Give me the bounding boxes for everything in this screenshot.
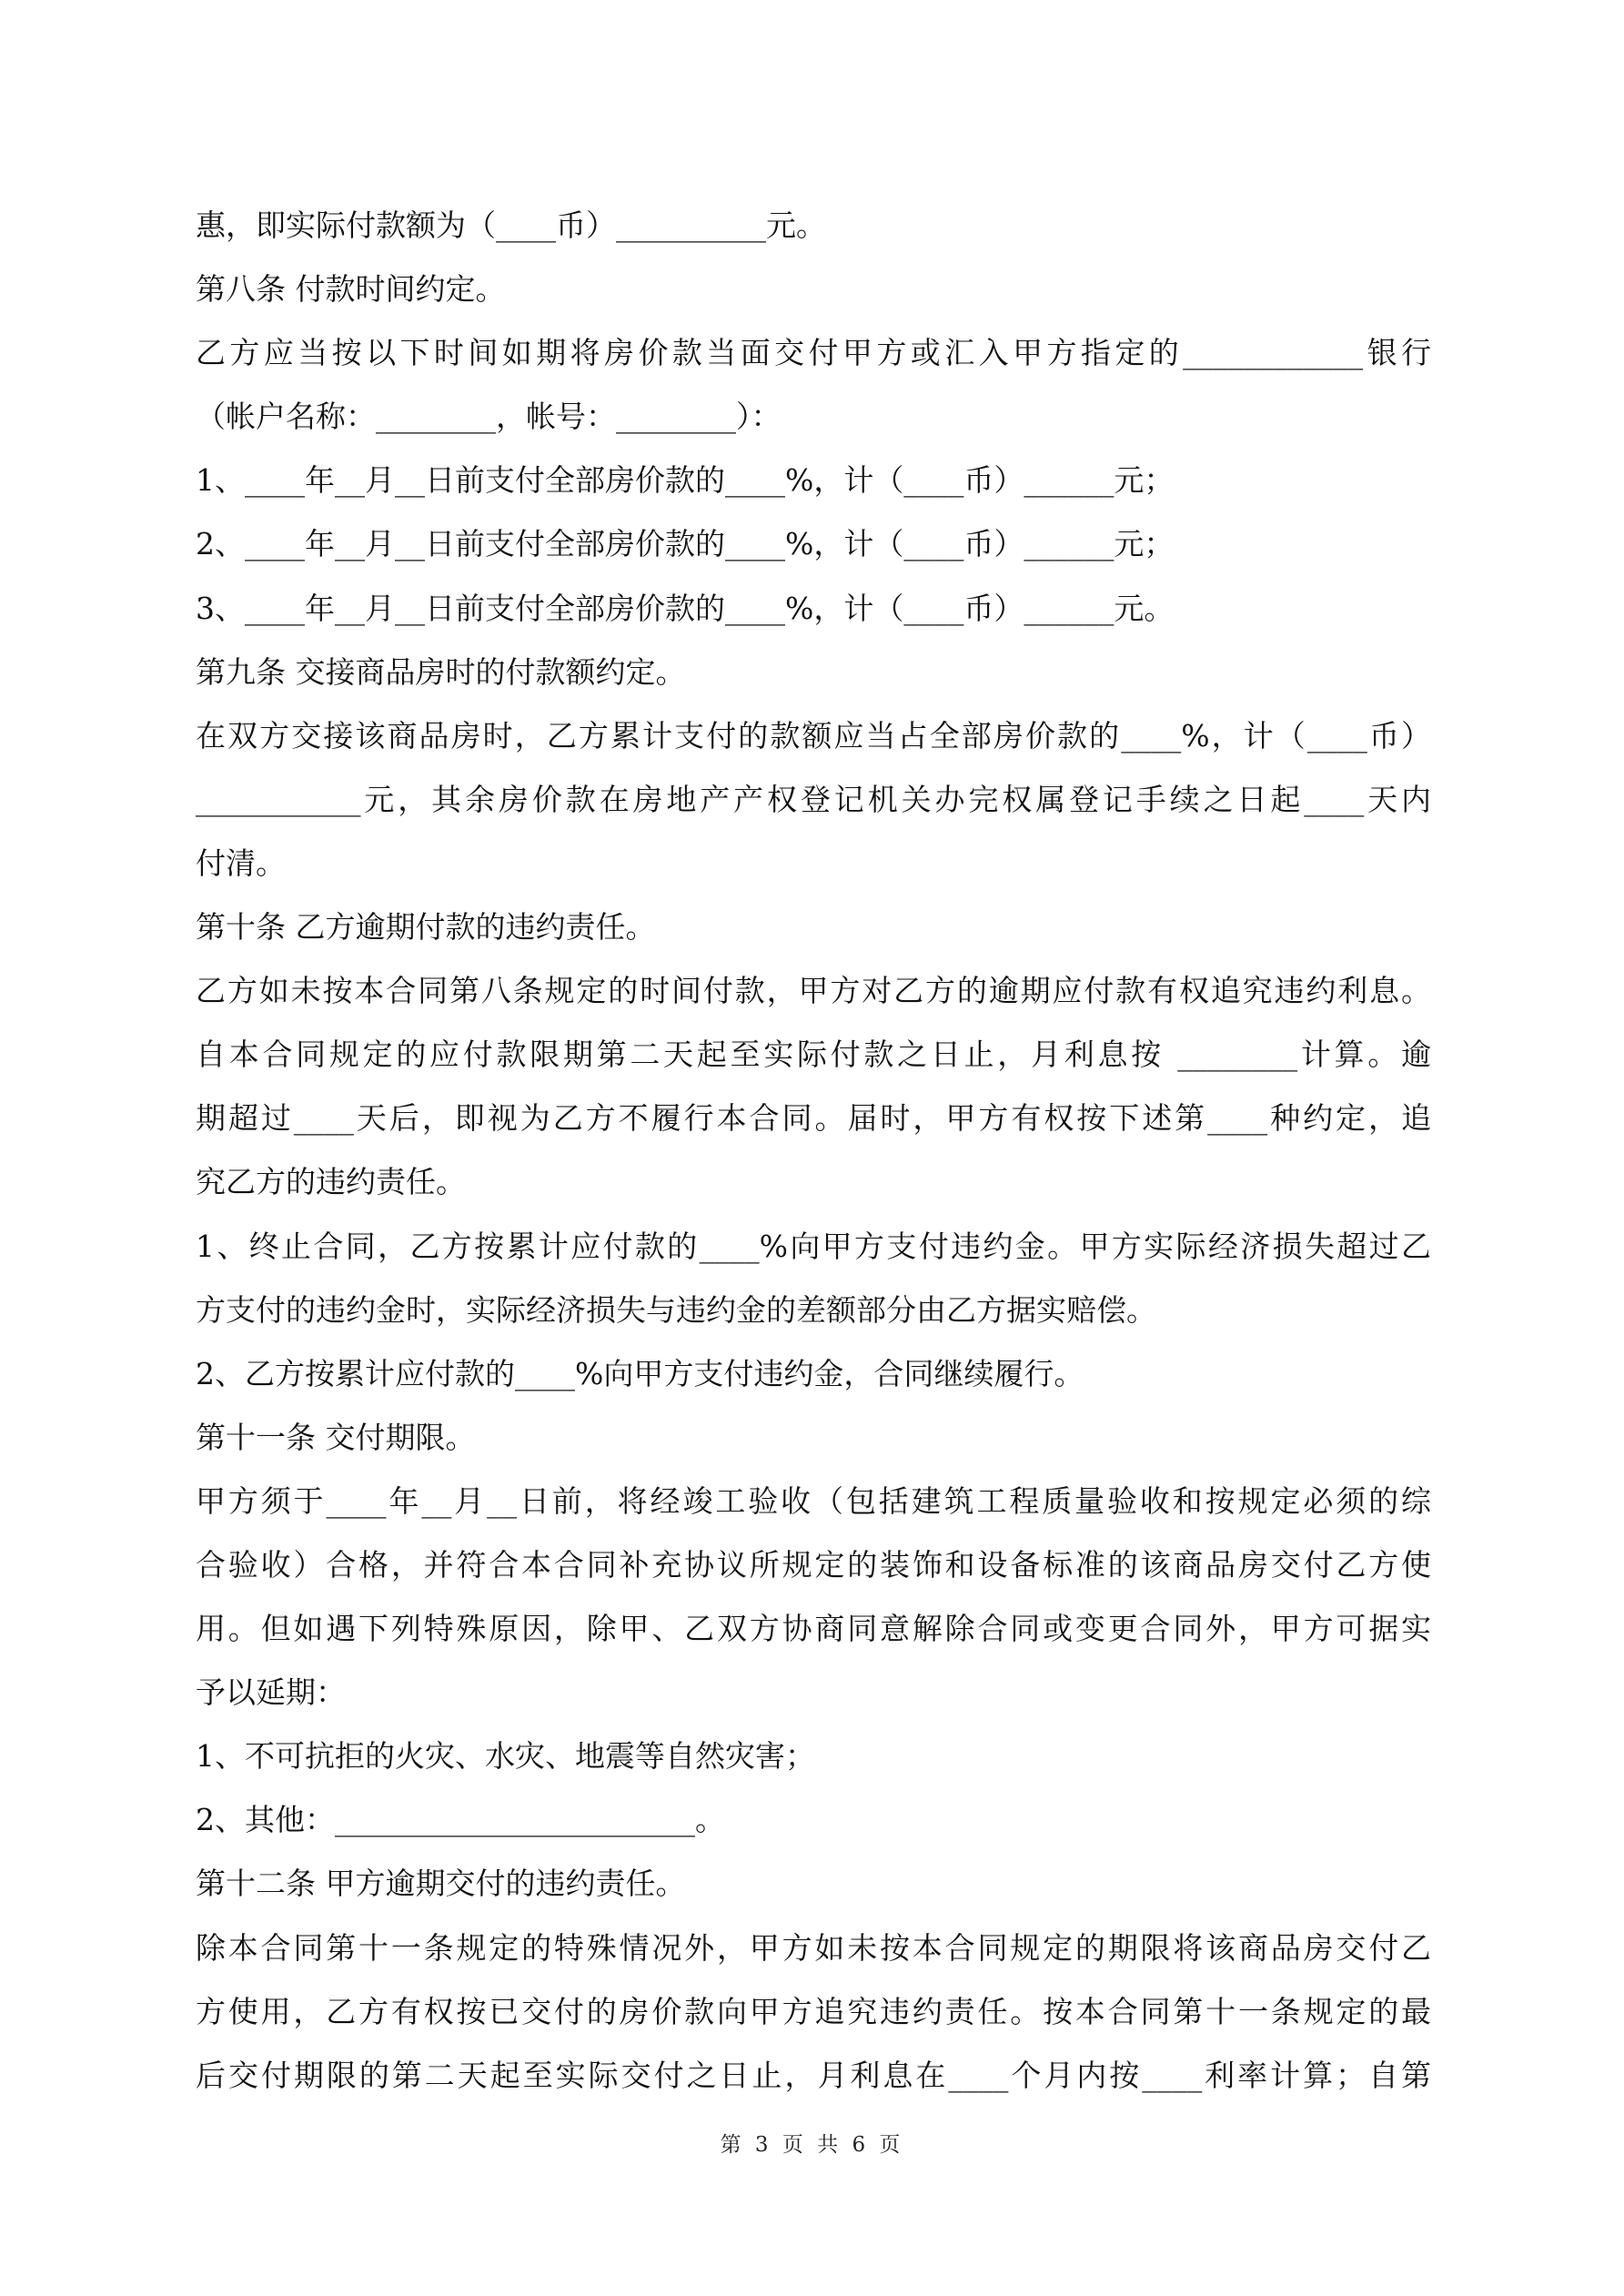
text-line: 2、乙方按累计应付款的____%向甲方支付违约金，合同继续履行。 [196, 1350, 1431, 1414]
text-line: 甲方须于____年__月__日前，将经竣工验收（包括建筑工程质量验收和按规定必须… [196, 1478, 1431, 1542]
text-line: 1、____年__月__日前支付全部房价款的____%，计（____币）____… [196, 457, 1431, 521]
text-line: 合验收）合格，并符合本合同补充协议所规定的装饰和设备标准的该商品房交付乙方使 [196, 1542, 1431, 1605]
text-line: ___________元，其余房价款在房地产产权登记机关办完权属登记手续之日起_… [196, 776, 1431, 840]
text-line: 乙方应当按以下时间如期将房价款当面交付甲方或汇入甲方指定的___________… [196, 329, 1431, 393]
text-line: 1、终止合同，乙方按累计应付款的____%向甲方支付违约金。甲方实际经济损失超过… [196, 1223, 1431, 1287]
text-line: 付清。 [196, 840, 1431, 904]
document-page: 惠，即实际付款额为（____币）__________元。第八条 付款时间约定。乙… [0, 0, 1624, 2296]
page-footer: 第 3 页 共 6 页 [0, 2128, 1624, 2158]
text-line: 1、不可抗拒的火灾、水灾、地震等自然灾害； [196, 1733, 1431, 1796]
text-line: 在双方交接该商品房时，乙方累计支付的款额应当占全部房价款的____%，计（___… [196, 713, 1431, 776]
text-line: （帐户名称：________，帐号：________）： [196, 393, 1431, 457]
text-line: 2、其他：________________________。 [196, 1796, 1431, 1860]
text-line: 后交付期限的第二天起至实际交付之日止，月利息在____个月内按____利率计算；… [196, 2052, 1431, 2116]
text-line: 自本合同规定的应付款限期第二天起至实际付款之日止，月利息按 ________计算… [196, 1031, 1431, 1095]
text-line: 惠，即实际付款额为（____币）__________元。 [196, 202, 1431, 266]
text-line: 第九条 交接商品房时的付款额约定。 [196, 649, 1431, 713]
text-line: 除本合同第十一条规定的特殊情况外，甲方如未按本合同规定的期限将该商品房交付乙 [196, 1925, 1431, 1988]
text-line: 第十条 乙方逾期付款的违约责任。 [196, 904, 1431, 967]
contract-body: 惠，即实际付款额为（____币）__________元。第八条 付款时间约定。乙… [196, 202, 1431, 2116]
text-line: 方使用，乙方有权按已交付的房价款向甲方追究违约责任。按本合同第十一条规定的最 [196, 1988, 1431, 2052]
text-line: 第十二条 甲方逾期交付的违约责任。 [196, 1860, 1431, 1924]
text-line: 3、____年__月__日前支付全部房价款的____%，计（____币）____… [196, 585, 1431, 649]
text-line: 究乙方的违约责任。 [196, 1158, 1431, 1222]
text-line: 第十一条 交付期限。 [196, 1414, 1431, 1478]
text-line: 方支付的违约金时，实际经济损失与违约金的差额部分由乙方据实赔偿。 [196, 1287, 1431, 1350]
text-line: 第八条 付款时间约定。 [196, 266, 1431, 329]
text-line: 期超过____天后，即视为乙方不履行本合同。届时，甲方有权按下述第____种约定… [196, 1095, 1431, 1158]
text-line: 用。但如遇下列特殊原因，除甲、乙双方协商同意解除合同或变更合同外，甲方可据实 [196, 1605, 1431, 1669]
text-line: 2、____年__月__日前支付全部房价款的____%，计（____币）____… [196, 521, 1431, 584]
text-line: 予以延期： [196, 1669, 1431, 1733]
text-line: 乙方如未按本合同第八条规定的时间付款，甲方对乙方的逾期应付款有权追究违约利息。 [196, 967, 1431, 1031]
